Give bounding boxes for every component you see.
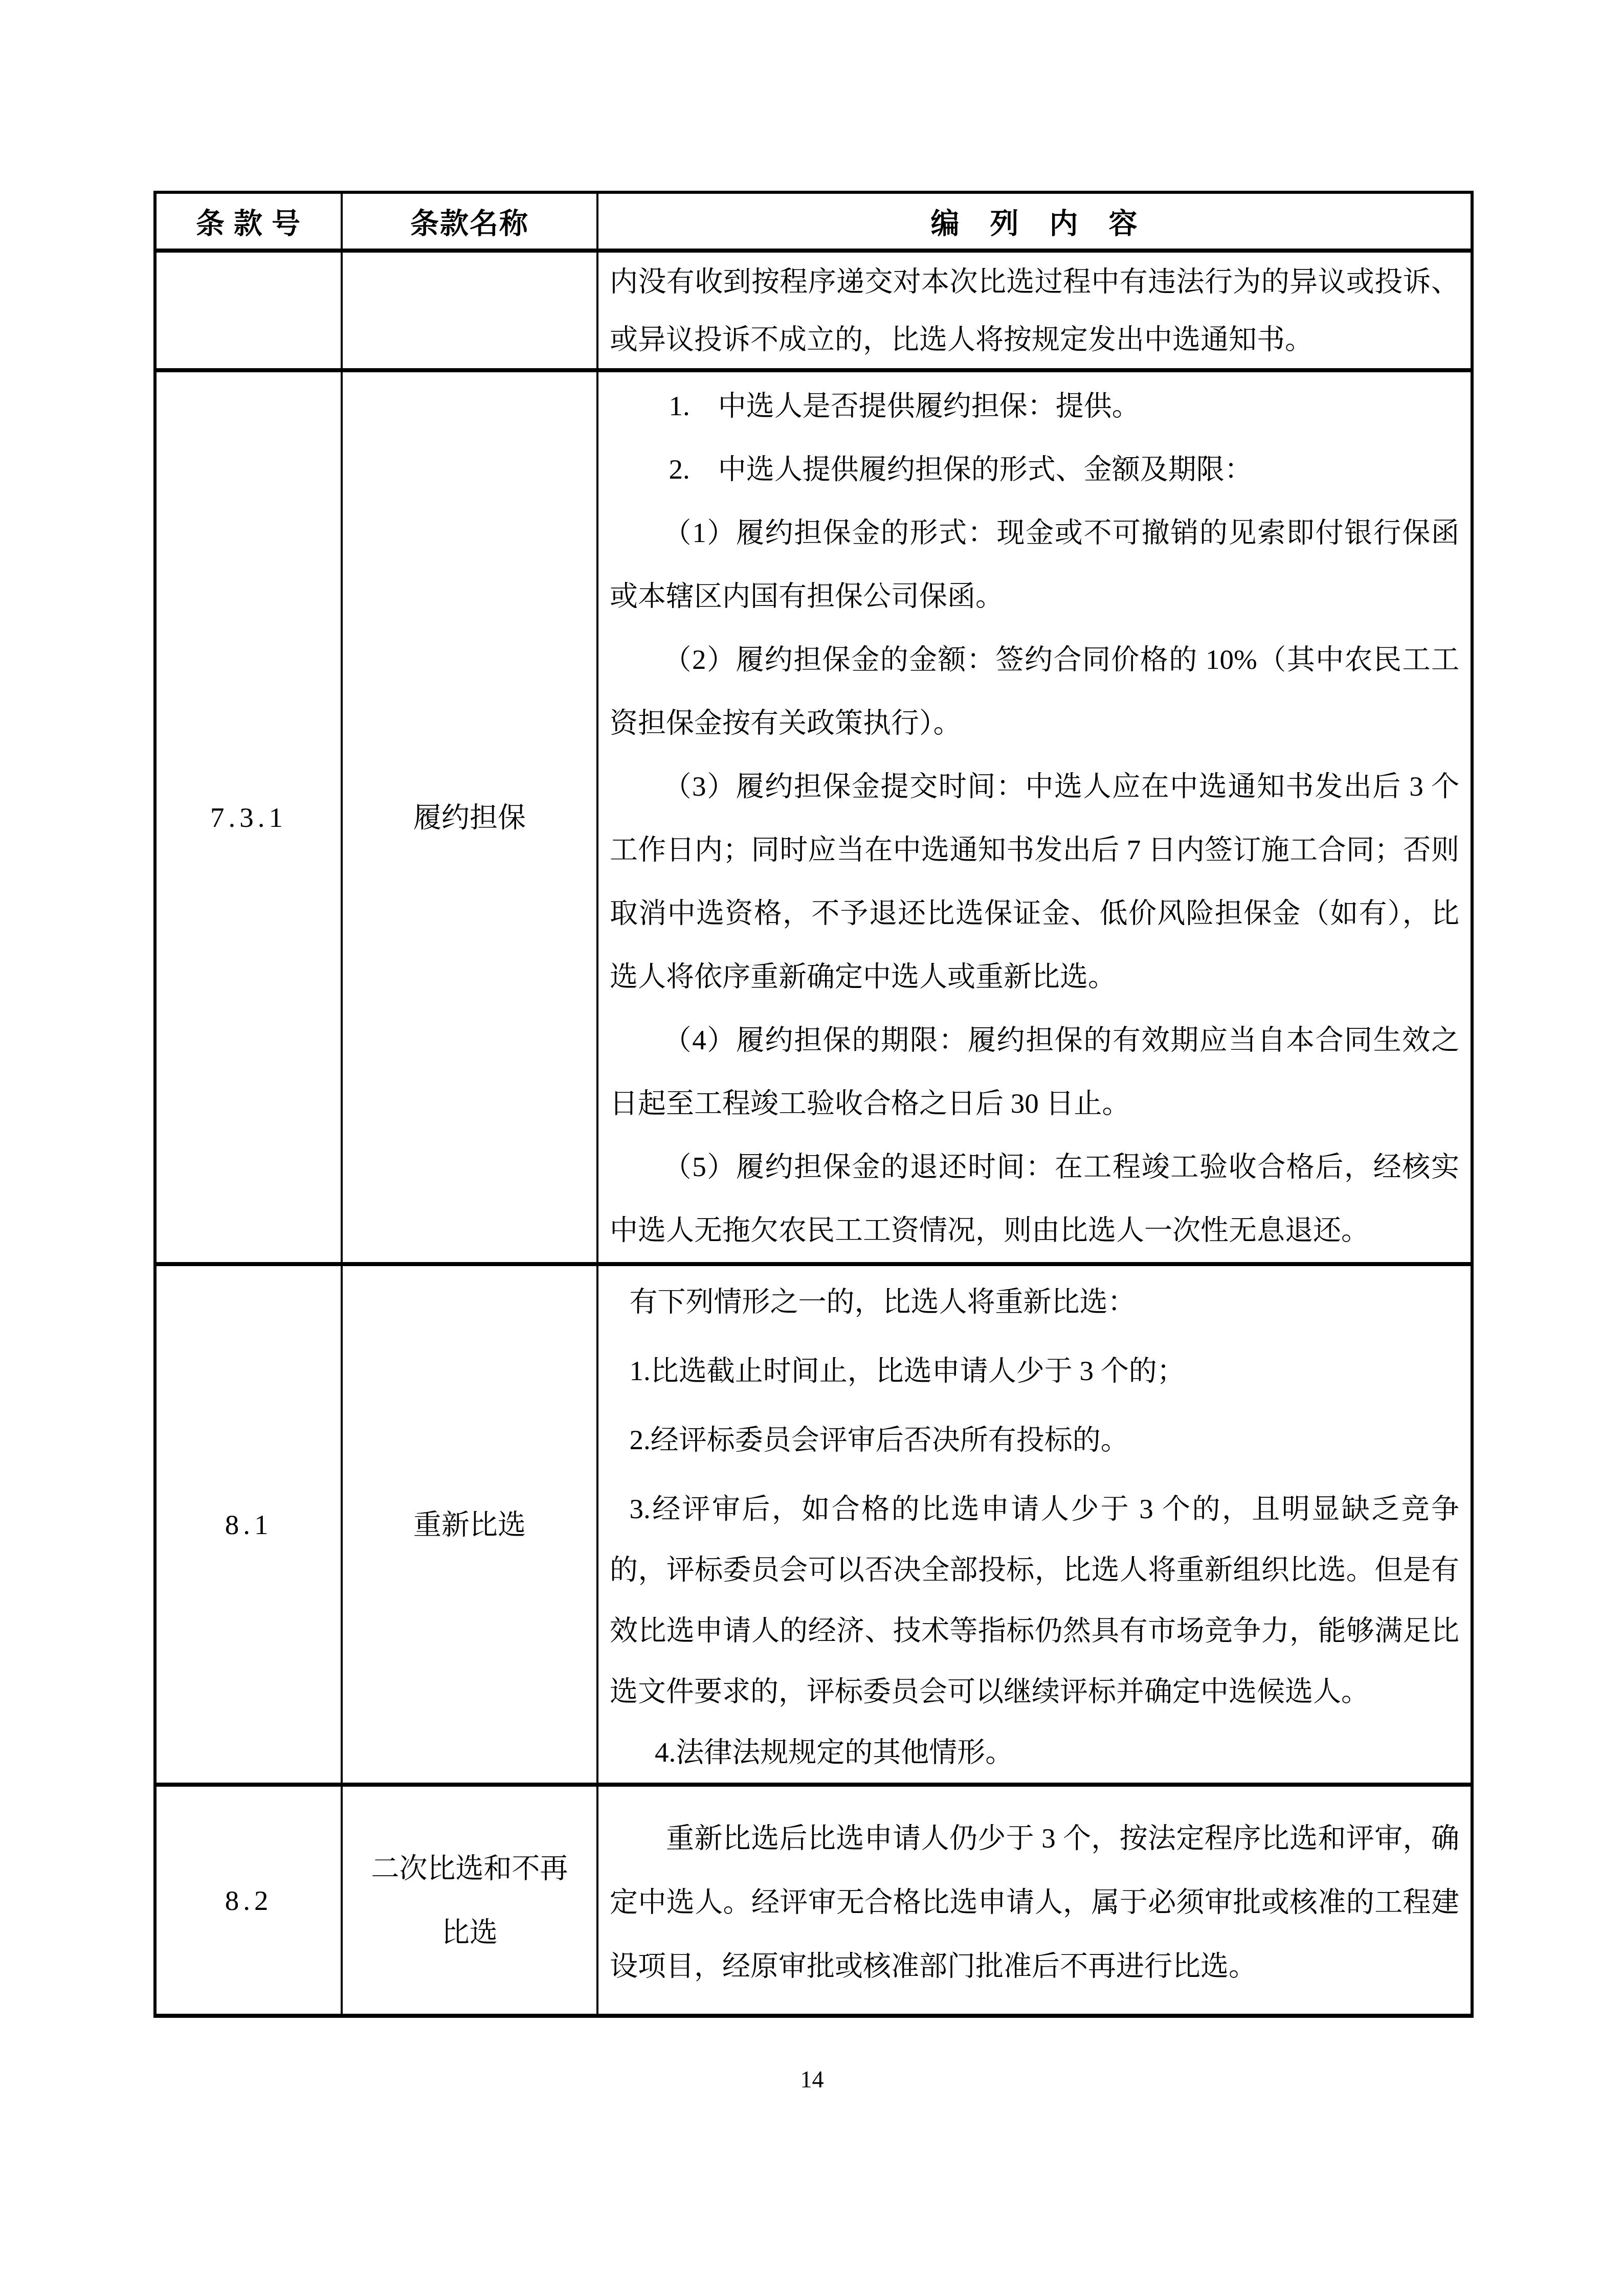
content-paragraph: （4）履约担保的期限：履约担保的有效期应当自本合同生效之日起至工程竣工验收合格之… xyxy=(610,1008,1459,1135)
content-paragraph: 1. 中选人是否提供履约担保：提供。 xyxy=(610,374,1459,438)
clause-number-cell: 8.1 xyxy=(155,1264,342,1785)
page-number: 14 xyxy=(0,2066,1624,2093)
document-page: 条 款 号 条款名称 编 列 内 容 内没有收到按程序递交对本次比选过程中有违法… xyxy=(0,0,1624,2296)
clause-name-cell: 履约担保 xyxy=(342,370,597,1264)
header-content: 编 列 内 容 xyxy=(597,192,1472,251)
clause-number-cell: 7.3.1 xyxy=(155,370,342,1264)
clause-number-cell: 8.2 xyxy=(155,1785,342,2016)
clause-name-cell: 重新比选 xyxy=(342,1264,597,1785)
content-paragraph: 4.法律法规规定的其他情形。 xyxy=(610,1722,1459,1783)
content-paragraph: 2. 中选人提供履约担保的形式、金额及期限： xyxy=(610,438,1459,501)
content-paragraph: （1）履约担保金的形式：现金或不可撤销的见索即付银行保函或本辖区内国有担保公司保… xyxy=(610,501,1459,628)
header-clause-name: 条款名称 xyxy=(342,192,597,251)
clause-number-cell xyxy=(155,251,342,370)
table-row: 内没有收到按程序递交对本次比选过程中有违法行为的异议或投诉、或异议投诉不成立的，… xyxy=(155,251,1472,370)
content-paragraph: 3.经评审后，如合格的比选申请人少于 3 个的，且明显缺乏竞争的，评标委员会可以… xyxy=(610,1478,1459,1722)
header-clause-number: 条 款 号 xyxy=(155,192,342,251)
table-header-row: 条 款 号 条款名称 编 列 内 容 xyxy=(155,192,1472,251)
clause-table: 条 款 号 条款名称 编 列 内 容 内没有收到按程序递交对本次比选过程中有违法… xyxy=(153,191,1474,2018)
clause-name-cell xyxy=(342,251,597,370)
content-paragraph: （3）履约担保金提交时间：中选人应在中选通知书发出后 3 个工作日内；同时应当在… xyxy=(610,755,1459,1008)
clause-content-cell: 1. 中选人是否提供履约担保：提供。2. 中选人提供履约担保的形式、金额及期限：… xyxy=(597,370,1472,1264)
table-row: 7.3.1履约担保1. 中选人是否提供履约担保：提供。2. 中选人提供履约担保的… xyxy=(155,370,1472,1264)
content-paragraph: 1.比选截止时间止，比选申请人少于 3 个的； xyxy=(610,1340,1459,1401)
content-paragraph: 内没有收到按程序递交对本次比选过程中有违法行为的异议或投诉、或异议投诉不成立的，… xyxy=(610,253,1459,368)
clause-content-cell: 有下列情形之一的，比选人将重新比选：1.比选截止时间止，比选申请人少于 3 个的… xyxy=(597,1264,1472,1785)
content-paragraph: 重新比选后比选申请人仍少于 3 个，按法定程序比选和评审，确定中选人。经评审无合… xyxy=(610,1806,1459,1998)
content-paragraph: 有下列情形之一的，比选人将重新比选： xyxy=(610,1271,1459,1332)
table-row: 8.1重新比选有下列情形之一的，比选人将重新比选：1.比选截止时间止，比选申请人… xyxy=(155,1264,1472,1785)
content-paragraph: 2.经评标委员会评审后否决所有投标的。 xyxy=(610,1409,1459,1470)
clause-name-cell: 二次比选和不再比选 xyxy=(342,1785,597,2016)
content-paragraph: （5）履约担保金的退还时间：在工程竣工验收合格后，经核实中选人无拖欠农民工工资情… xyxy=(610,1135,1459,1262)
content-paragraph: （2）履约担保金的金额：签约合同价格的 10%（其中农民工工资担保金按有关政策执… xyxy=(610,628,1459,755)
clause-content-cell: 重新比选后比选申请人仍少于 3 个，按法定程序比选和评审，确定中选人。经评审无合… xyxy=(597,1785,1472,2016)
table-row: 8.2二次比选和不再比选重新比选后比选申请人仍少于 3 个，按法定程序比选和评审… xyxy=(155,1785,1472,2016)
clause-content-cell: 内没有收到按程序递交对本次比选过程中有违法行为的异议或投诉、或异议投诉不成立的，… xyxy=(597,251,1472,370)
